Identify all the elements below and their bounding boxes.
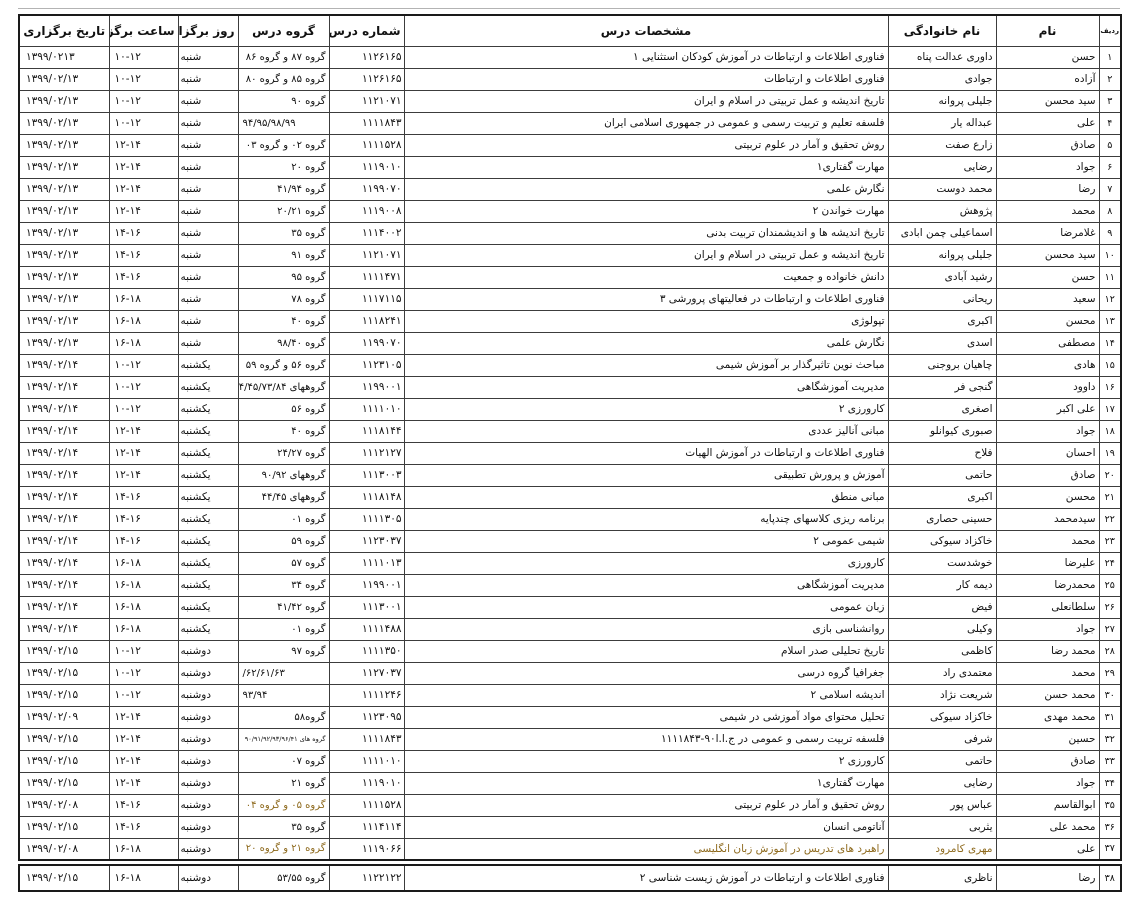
cell-name: احسان [996,442,1099,464]
table-row: ۲۳محمدخاکزاد سیوکیشیمی عمومی ۲۱۱۲۳۰۳۷گرو… [19,530,1121,552]
cell-radif: ۱۰ [1099,244,1121,266]
cell-num: ۱۱۱۹۰۱۰ [329,772,404,794]
cell-date: ۱۳۹۹/۰۲/۱۴ [19,354,109,376]
cell-num: ۱۱۱۷۱۱۵ [329,288,404,310]
cell-last: کاظمی [888,640,996,662]
cell-group: گروه ۹۱ [238,244,329,266]
cell-time: ۱۶-۱۸ [109,865,178,891]
cell-group: گروه ۷۸ [238,288,329,310]
cell-last: حاتمی [888,750,996,772]
cell-radif: ۳۴ [1099,772,1121,794]
cell-day: شنبه [178,68,238,90]
cell-radif: ۹ [1099,222,1121,244]
cell-last: رشید آبادی [888,266,996,288]
cell-radif: ۱۳ [1099,310,1121,332]
cell-time: ۱۰-۱۲ [109,398,178,420]
cell-date: ۱۳۹۹/۰۲/۱۵ [19,662,109,684]
cell-day: دوشنبه [178,838,238,860]
cell-last: فلاح [888,442,996,464]
table-row: ۲۹محمدمعتمدی رادجغرافیا گروه درسی۱۱۲۷۰۳۷… [19,662,1121,684]
cell-name: سلطانعلی [996,596,1099,618]
table-row: ۲۴علیرضاخوشدستکارورزی۱۱۱۱۰۱۳گروه ۵۷یکشنب… [19,552,1121,574]
cell-last: اکبری [888,310,996,332]
cell-last: حسینی حصاری [888,508,996,530]
cell-name: محمدرضا [996,574,1099,596]
exam-schedule-table: ردیفنامنام خانوادگیمشخصات درسشماره درسگر… [18,14,1122,861]
cell-day: یکشنبه [178,464,238,486]
cell-date: ۱۳۹۹/۰۲/۱۳ [19,332,109,354]
cell-num: ۱۱۱۱۸۴۳ [329,728,404,750]
cell-date: ۱۳۹۹/۰۲/۱۳ [19,112,109,134]
cell-date: ۱۳۹۹/۰۲۱۳ [19,46,109,68]
cell-course: کارورزی ۲ [404,750,888,772]
cell-course: مهارت خواندن ۲ [404,200,888,222]
cell-day: یکشنبه [178,530,238,552]
cell-course: تحلیل محتوای مواد آموزشی در شیمی [404,706,888,728]
cell-last: مهری کامرود [888,838,996,860]
cell-name: آزاده [996,68,1099,90]
cell-date: ۱۳۹۹/۰۲/۱۳ [19,266,109,288]
cell-time: ۱۲-۱۴ [109,442,178,464]
table-row: ۱۴مصطفیاسدینگارش علمی۱۱۹۹۰۷۰گروه ۹۸/۴۰شن… [19,332,1121,354]
cell-day: شنبه [178,112,238,134]
cell-day: یکشنبه [178,508,238,530]
cell-date: ۱۳۹۹/۰۲/۱۳ [19,288,109,310]
cell-course: دانش خانواده و جمعیت [404,266,888,288]
table-row: ۳۱محمد مهدیخاکزاد سیوکیتحلیل محتوای مواد… [19,706,1121,728]
cell-course: برنامه ریزی کلاسهای چندپایه [404,508,888,530]
cell-course: تپولوژی [404,310,888,332]
cell-radif: ۶ [1099,156,1121,178]
cell-last: اسماعیلی چمن ابادی [888,222,996,244]
cell-time: ۱۰-۱۲ [109,46,178,68]
cell-day: یکشنبه [178,354,238,376]
cell-time: ۱۶-۱۸ [109,332,178,354]
table-row: ۲۸محمد رضاکاظمیتاریخ تحلیلی صدر اسلام۱۱۱… [19,640,1121,662]
cell-date: ۱۳۹۹/۰۲/۱۴ [19,398,109,420]
cell-course: فناوری اطلاعات و ارتباطات در آموزش کودکا… [404,46,888,68]
cell-last: اسدی [888,332,996,354]
cell-time: ۱۶-۱۸ [109,310,178,332]
cell-group: گروه ۸۷ و گروه ۸۶ [238,46,329,68]
cell-time: ۱۰-۱۲ [109,354,178,376]
cell-name: محمد علی [996,816,1099,838]
cell-num: ۱۱۱۱۳۰۵ [329,508,404,530]
cell-course: مهارت گفتاری۱ [404,772,888,794]
cell-time: ۱۰-۱۲ [109,90,178,112]
cell-course: روش تحقیق و آمار در علوم تربیتی [404,134,888,156]
cell-date: ۱۳۹۹/۰۲/۱۴ [19,376,109,398]
cell-group: گروه ۹۵ [238,266,329,288]
cell-num: ۱۱۱۱۸۴۳ [329,112,404,134]
cell-num: ۱۱۹۹۰۰۱ [329,376,404,398]
cell-name: جواد [996,420,1099,442]
cell-name: جواد [996,772,1099,794]
cell-num: ۱۱۹۹۰۷۰ [329,332,404,354]
cell-day: یکشنبه [178,420,238,442]
header-date: تاریخ برگزاری [19,15,109,46]
cell-day: دوشنبه [178,706,238,728]
cell-date: ۱۳۹۹/۰۲/۱۴ [19,420,109,442]
cell-date: ۱۳۹۹/۰۲/۱۵ [19,750,109,772]
cell-radif: ۲۲ [1099,508,1121,530]
cell-day: شنبه [178,244,238,266]
cell-num: ۱۱۲۶۱۶۵ [329,46,404,68]
cell-group: گروه ۴۱/۹۴ [238,178,329,200]
cell-radif: ۱۷ [1099,398,1121,420]
cell-date: ۱۳۹۹/۰۲/۱۴ [19,618,109,640]
cell-date: ۱۳۹۹/۰۲/۱۴ [19,530,109,552]
cell-date: ۱۳۹۹/۰۲/۱۳ [19,222,109,244]
cell-radif: ۳۷ [1099,838,1121,860]
cell-num: ۱۱۱۱۰۱۳ [329,552,404,574]
cell-name: محمد حسن [996,684,1099,706]
cell-course: کارورزی ۲ [404,398,888,420]
cell-group: گروه ۲۴/۲۷ [238,442,329,464]
cell-day: شنبه [178,310,238,332]
cell-num: ۱۱۹۹۰۷۰ [329,178,404,200]
cell-time: ۱۰-۱۲ [109,684,178,706]
table-row: ۳۷علیمهری کامرودراهبرد های تدریس در آموز… [19,838,1121,860]
cell-radif: ۵ [1099,134,1121,156]
table-row: ۲آزادهجوادیفناوری اطلاعات و ارتباطات۱۱۲۶… [19,68,1121,90]
cell-group: گروه ۳۴ [238,574,329,596]
cell-course: فلسفه تربیت رسمی و عمومی در ج.ا.ا۹۰-۱۱۱۱… [404,728,888,750]
cell-course: مباحث نوین تاثیرگذار بر آموزش شیمی [404,354,888,376]
cell-day: یکشنبه [178,376,238,398]
cell-time: ۱۰-۱۲ [109,68,178,90]
cell-name: داوود [996,376,1099,398]
cell-radif: ۲۳ [1099,530,1121,552]
cell-date: ۱۳۹۹/۰۲/۱۴ [19,596,109,618]
table-row: ۱۱حسنرشید آبادیدانش خانواده و جمعیت۱۱۱۱۴… [19,266,1121,288]
cell-name: جواد [996,156,1099,178]
cell-time: ۱۶-۱۸ [109,574,178,596]
cell-group: گروه ۰۲ و گروه ۰۳ [238,134,329,156]
cell-last: رضایی [888,772,996,794]
header-day: روز برگزاری [178,15,238,46]
cell-time: ۱۲-۱۴ [109,706,178,728]
exam-schedule-page: ردیفنامنام خانوادگیمشخصات درسشماره درسگر… [0,0,1139,900]
cell-date: ۱۳۹۹/۰۲/۱۳ [19,68,109,90]
cell-radif: ۷ [1099,178,1121,200]
cell-group: /۶۲/۶۱/۶۳ [238,662,329,684]
cell-day: شنبه [178,178,238,200]
cell-num: ۱۱۱۳۰۰۱ [329,596,404,618]
cell-course: روانشناسی بازی [404,618,888,640]
cell-last: یثربی [888,816,996,838]
cell-course: مبانی منطق [404,486,888,508]
cell-group: گروه ۰۵ و گروه ۰۴ [238,794,329,816]
cell-time: ۱۶-۱۸ [109,838,178,860]
cell-group: گروه ۵۷ [238,552,329,574]
cell-day: شنبه [178,156,238,178]
cell-course: راهبرد های تدریس در آموزش زبان انگلیسی [404,838,888,860]
cell-name: رضا [996,178,1099,200]
cell-radif: ۲۴ [1099,552,1121,574]
cell-num: ۱۱۱۱۵۲۸ [329,134,404,156]
cell-time: ۱۲-۱۴ [109,728,178,750]
cell-name: حسن [996,46,1099,68]
cell-radif: ۳۱ [1099,706,1121,728]
cell-name: محسن [996,486,1099,508]
cell-group: گروه های ۹۰/۹۱/۹۲/۹۳/۹۶/۴۱ [238,728,329,750]
cell-course: کارورزی [404,552,888,574]
cell-date: ۱۳۹۹/۰۲/۱۵ [19,816,109,838]
cell-radif: ۲۵ [1099,574,1121,596]
cell-day: شنبه [178,90,238,112]
cell-group: ۹۴/۹۵/۹۸/۹۹ [238,112,329,134]
cell-last: جوادی [888,68,996,90]
cell-num: ۱۱۱۱۴۸۸ [329,618,404,640]
cell-group: گروه ۲۰ [238,156,329,178]
cell-time: ۱۰-۱۲ [109,376,178,398]
cell-date: ۱۳۹۹/۰۲/۱۴ [19,508,109,530]
table-row: ۱حسنداوری عدالت پناهفناوری اطلاعات و ارت… [19,46,1121,68]
cell-name: علی اکبر [996,398,1099,420]
cell-group: گروه ۰۷ [238,750,329,772]
cell-date: ۱۳۹۹/۰۲/۱۵ [19,728,109,750]
cell-time: ۱۴-۱۶ [109,244,178,266]
cell-date: ۱۳۹۹/۰۲/۰۸ [19,838,109,860]
cell-radif: ۱۲ [1099,288,1121,310]
table-row: ۱۸جوادصبوری کیوانلومبانی آنالیز عددی۱۱۱۸… [19,420,1121,442]
cell-time: ۱۲-۱۴ [109,772,178,794]
cell-day: شنبه [178,46,238,68]
cell-course: تاریخ اندیشه ها و اندیشمندان تربیت بدنی [404,222,888,244]
cell-date: ۱۳۹۹/۰۲/۱۳ [19,310,109,332]
cell-num: ۱۱۲۳۰۹۵ [329,706,404,728]
cell-time: ۱۶-۱۸ [109,288,178,310]
header-radif: ردیف [1099,15,1121,46]
cell-radif: ۱۹ [1099,442,1121,464]
cell-name: علی [996,112,1099,134]
cell-radif: ۳۳ [1099,750,1121,772]
cell-radif: ۲۶ [1099,596,1121,618]
cell-day: یکشنبه [178,574,238,596]
cell-course: روش تحقیق و آمار در علوم تربیتی [404,794,888,816]
cell-course: فناوری اطلاعات و ارتباطات [404,68,888,90]
cell-name: محمد [996,662,1099,684]
cell-day: دوشنبه [178,816,238,838]
cell-date: ۱۳۹۹/۰۲/۱۴ [19,442,109,464]
cell-day: دوشنبه [178,750,238,772]
cell-course: نگارش علمی [404,178,888,200]
cell-radif: ۱۱ [1099,266,1121,288]
header-name: نام [996,15,1099,46]
cell-group: گروه ۴۰ [238,310,329,332]
cell-radif: ۲۸ [1099,640,1121,662]
cell-course: آموزش و پرورش تطبیقی [404,464,888,486]
cell-day: شنبه [178,222,238,244]
header-last: نام خانوادگی [888,15,996,46]
cell-last: معتمدی راد [888,662,996,684]
cell-time: ۱۴-۱۶ [109,816,178,838]
cell-last: عباس پور [888,794,996,816]
cell-name: سیدمحمد [996,508,1099,530]
cell-name: محمد [996,530,1099,552]
cell-time: ۱۲-۱۴ [109,750,178,772]
table-body: ۱حسنداوری عدالت پناهفناوری اطلاعات و ارت… [19,46,1121,860]
cell-time: ۱۰-۱۲ [109,640,178,662]
cell-name: محمد [996,200,1099,222]
cell-num: ۱۱۲۷۰۳۷ [329,662,404,684]
cell-radif: ۳۵ [1099,794,1121,816]
table-row: ۸محمدپژوهشمهارت خواندن ۲۱۱۱۹۰۰۸گروه ۲۰/۲… [19,200,1121,222]
cell-group: گروههای ۴۴/۴۵/۷۳/۸۴ [238,376,329,398]
cell-last: فیض [888,596,996,618]
cell-num: ۱۱۱۸۱۴۴ [329,420,404,442]
cell-day: دوشنبه [178,684,238,706]
cell-time: ۱۴-۱۶ [109,222,178,244]
cell-radif: ۲۹ [1099,662,1121,684]
cell-group: گروه ۳۵ [238,816,329,838]
cell-num: ۱۱۱۸۱۴۸ [329,486,404,508]
cell-course: مبانی آنالیز عددی [404,420,888,442]
cell-group: گروه ۰۱ [238,618,329,640]
cell-last: شریعت نژاد [888,684,996,706]
cell-date: ۱۳۹۹/۰۲/۱۳ [19,244,109,266]
cell-last: جلیلی پروانه [888,244,996,266]
cell-last: چاهیان بروجنی [888,354,996,376]
cell-date: ۱۳۹۹/۰۲/۱۴ [19,552,109,574]
cell-last: داوری عدالت پناه [888,46,996,68]
cell-num: ۱۱۱۱۳۵۰ [329,640,404,662]
header-time: ساعت برگزاری [109,15,178,46]
table-row: ۲۰صادقحاتمیآموزش و پرورش تطبیقی۱۱۱۳۰۰۳گر… [19,464,1121,486]
cell-last: اکبری [888,486,996,508]
cell-time: ۱۲-۱۴ [109,178,178,200]
cell-num: ۱۱۱۱۰۱۰ [329,398,404,420]
cell-radif: ۳۲ [1099,728,1121,750]
cell-num: ۱۱۱۹۰۱۰ [329,156,404,178]
cell-num: ۱۱۱۱۰۱۰ [329,750,404,772]
cell-num: ۱۱۱۹۰۰۸ [329,200,404,222]
table-row: ۳۶محمد علییثربیآناتومی انسان۱۱۱۴۱۱۴گروه … [19,816,1121,838]
cell-course: اندیشه اسلامی ۲ [404,684,888,706]
table-row: ۷رضامحمد دوستنگارش علمی۱۱۹۹۰۷۰گروه ۴۱/۹۴… [19,178,1121,200]
table-row: ۲۶سلطانعلیفیضزبان عمومی۱۱۱۳۰۰۱گروه ۴۱/۴۲… [19,596,1121,618]
cell-date: ۱۳۹۹/۰۲/۱۳ [19,134,109,156]
cell-course: شیمی عمومی ۲ [404,530,888,552]
cell-num: ۱۱۲۱۰۷۱ [329,90,404,112]
cell-num: ۱۱۲۳۰۳۷ [329,530,404,552]
cell-day: یکشنبه [178,596,238,618]
cell-name: محمد مهدی [996,706,1099,728]
cell-num: ۱۱۲۳۱۰۵ [329,354,404,376]
cell-date: ۱۳۹۹/۰۲/۱۵ [19,640,109,662]
cell-day: شنبه [178,200,238,222]
cell-name: سید محسن [996,90,1099,112]
table-row: ۲۱محسناکبریمبانی منطق۱۱۱۸۱۴۸گروههای ۴۴/۴… [19,486,1121,508]
cell-day: شنبه [178,266,238,288]
cell-date: ۱۳۹۹/۰۲/۱۴ [19,574,109,596]
cell-radif: ۴ [1099,112,1121,134]
cell-day: دوشنبه [178,728,238,750]
cell-radif: ۱۵ [1099,354,1121,376]
cell-day: یکشنبه [178,398,238,420]
cell-course: نگارش علمی [404,332,888,354]
cell-group: گروههای ۹۰/۹۲ [238,464,329,486]
cell-last: رضایی [888,156,996,178]
cell-course: زبان عمومی [404,596,888,618]
cell-group: گروه ۳۵ [238,222,329,244]
exam-schedule-table-continued: ۳۸رضاناظریفناوری اطلاعات و ارتباطات در آ… [18,864,1122,892]
cell-date: ۱۳۹۹/۰۲/۱۳ [19,156,109,178]
table-row: ۳۲حسینشرفیفلسفه تربیت رسمی و عمومی در ج.… [19,728,1121,750]
cell-group: گروه ۴۰ [238,420,329,442]
cell-num: ۱۱۱۹۰۶۶ [329,838,404,860]
cell-time: ۱۲-۱۴ [109,156,178,178]
table-row: ۲۷جوادوکیلیروانشناسی بازی۱۱۱۱۴۸۸گروه ۰۱ی… [19,618,1121,640]
cell-group: گروه ۵۹ [238,530,329,552]
cell-radif: ۳ [1099,90,1121,112]
cell-radif: ۲۷ [1099,618,1121,640]
cell-group: گروه ۵۶ [238,398,329,420]
cell-name: حسین [996,728,1099,750]
cell-time: ۱۴-۱۶ [109,508,178,530]
cell-last: وکیلی [888,618,996,640]
cell-day: دوشنبه [178,794,238,816]
cell-day: یکشنبه [178,552,238,574]
cell-group: گروه ۴۱/۴۲ [238,596,329,618]
cell-course: آناتومی انسان [404,816,888,838]
cell-date: ۱۳۹۹/۰۲/۱۳ [19,178,109,200]
cell-day: یکشنبه [178,618,238,640]
cell-group: گروه ۲۱ و گروه ۲۰ [238,838,329,860]
cell-num: ۱۱۱۱۲۴۶ [329,684,404,706]
table-row: ۹غلامرضااسماعیلی چمن ابادیتاریخ اندیشه ه… [19,222,1121,244]
cell-course: مهارت گفتاری۱ [404,156,888,178]
cell-name: جواد [996,618,1099,640]
table-row: ۳۵ابوالقاسمعباس پورروش تحقیق و آمار در ع… [19,794,1121,816]
cell-name: محسن [996,310,1099,332]
cell-name: مصطفی [996,332,1099,354]
cell-last: صبوری کیوانلو [888,420,996,442]
table-row: ۳سید محسنجلیلی پروانهتاریخ اندیشه و عمل … [19,90,1121,112]
cell-group: گروه ۹۸/۴۰ [238,332,329,354]
table-row: ۳۰محمد حسنشریعت نژاداندیشه اسلامی ۲۱۱۱۱۲… [19,684,1121,706]
cell-time: ۱۲-۱۴ [109,134,178,156]
cell-group: گروه ۸۵ و گروه ۸۰ [238,68,329,90]
cell-last: خاکزاد سیوکی [888,706,996,728]
cell-time: ۱۶-۱۸ [109,618,178,640]
cell-radif: ۱۴ [1099,332,1121,354]
cell-radif: ۱۸ [1099,420,1121,442]
table-row: ۴علیعبداله یارفلسفه تعلیم و تربیت رسمی و… [19,112,1121,134]
table-header: ردیفنامنام خانوادگیمشخصات درسشماره درسگر… [19,15,1121,46]
cell-num: ۱۱۱۴۱۱۴ [329,816,404,838]
cell-name: حسن [996,266,1099,288]
cell-last: شرفی [888,728,996,750]
cell-day: دوشنبه [178,640,238,662]
cell-course: جغرافیا گروه درسی [404,662,888,684]
table-row: ۱۲سعیدریحانیفناوری اطلاعات و ارتباطات در… [19,288,1121,310]
cell-time: ۱۲-۱۴ [109,464,178,486]
cell-last: ناظری [888,865,996,891]
cell-time: ۱۰-۱۲ [109,112,178,134]
cell-last: دیمه کار [888,574,996,596]
cell-day: شنبه [178,288,238,310]
cell-num: ۱۱۱۲۱۲۷ [329,442,404,464]
cell-time: ۱۶-۱۸ [109,552,178,574]
cell-radif: ۲ [1099,68,1121,90]
cell-course: فناوری اطلاعات و ارتباطات در آموزش زیست … [404,865,888,891]
table-row: ۳۴جوادرضاییمهارت گفتاری۱۱۱۱۹۰۱۰گروه ۲۱دو… [19,772,1121,794]
cell-radif: ۸ [1099,200,1121,222]
table-row: ۱۳محسناکبریتپولوژی۱۱۱۸۲۴۱گروه ۴۰شنبه۱۶-۱… [19,310,1121,332]
table-row: ۲۲سیدمحمدحسینی حصاریبرنامه ریزی کلاسهای … [19,508,1121,530]
